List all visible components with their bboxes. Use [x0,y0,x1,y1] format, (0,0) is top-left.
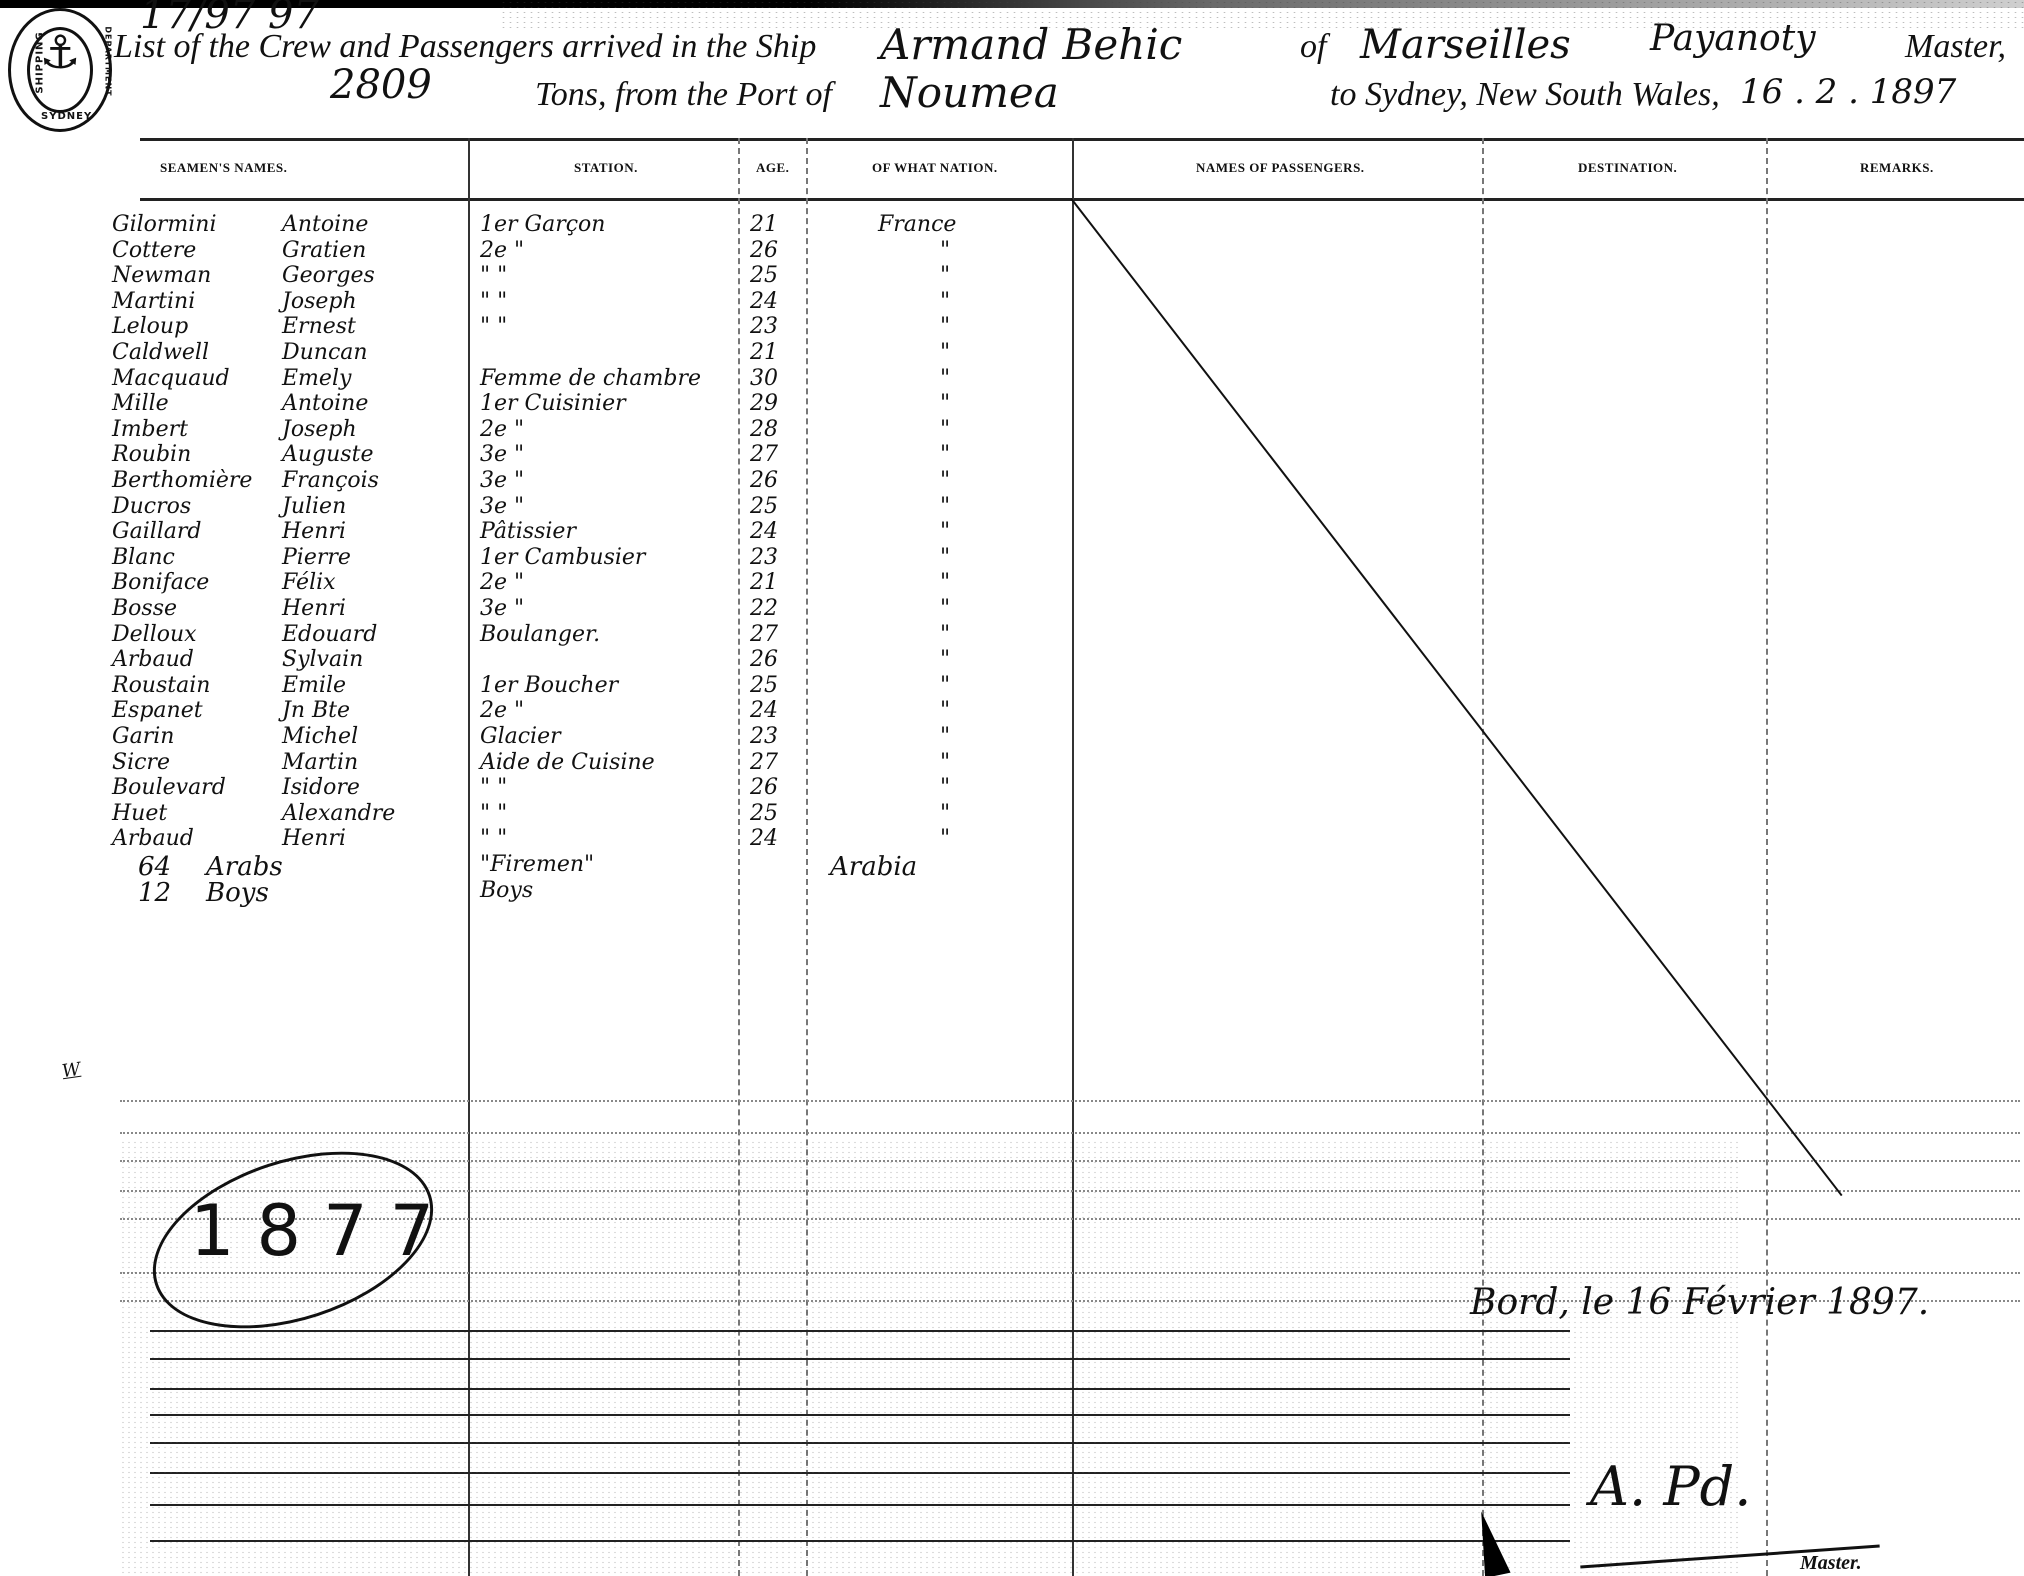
crew-nation: " [940,750,950,775]
tonnage: 2809 [330,62,432,108]
crew-age: 24 [750,698,778,723]
crew-surname: Delloux [112,622,197,647]
crew-row: SicreMartinAide de Cuisine27" [0,750,1100,776]
crew-given-name: Boys [206,878,269,908]
crew-age: 22 [750,596,778,621]
crew-age: 25 [750,673,778,698]
crew-surname: Boniface [112,570,209,595]
crew-surname: Roubin [112,442,191,467]
crew-surname: Macquaud [112,366,230,391]
crew-surname: Roustain [112,673,210,698]
crew-station: 1er Cambusier [480,545,645,570]
header-line2-tons: Tons, from the Port of [535,76,832,114]
crew-given-name: Michel [282,724,358,749]
crew-age: 25 [750,801,778,826]
crew-surname: Arbaud [112,647,194,672]
crew-row: ArbaudHenri" "24" [0,826,1100,852]
crew-nation: " [940,340,950,365]
crew-station: 3e " [480,468,524,493]
crew-station: " " [480,801,507,826]
crew-surname: Sicre [112,750,170,775]
crew-nation: " [940,442,950,467]
column-header-seamen-names: Seamen's Names. [160,160,287,176]
crew-nation: " [940,775,950,800]
place-and-date: Bord, le 16 Février 1897. [1470,1282,1929,1323]
crew-age: 24 [750,519,778,544]
crew-given-name: Alexandre [282,801,395,826]
crew-age: 25 [750,494,778,519]
crew-age: 27 [750,442,778,467]
crew-nation: " [940,417,950,442]
crew-row: 64Arabs"Firemen"Arabia [0,852,1100,878]
crew-surname: Gilormini [112,212,217,237]
table-header-rule [140,198,2024,201]
crew-nation: " [940,545,950,570]
crew-station: 3e " [480,494,524,519]
crew-row: CaldwellDuncan21" [0,340,1100,366]
crew-nation: " [940,596,950,621]
crew-row: BoulevardIsidore" "26" [0,775,1100,801]
crew-given-name: Joseph [282,417,357,442]
crew-row: HuetAlexandre" "25" [0,801,1100,827]
crew-given-name: François [282,468,379,493]
crew-station: 3e " [480,442,524,467]
ruled-line [120,1100,2020,1102]
crew-age: 21 [750,570,778,595]
crew-surname: Newman [112,263,211,288]
crew-row: EspanetJn Bte2e "24" [0,698,1100,724]
ship-name: Armand Behic [880,20,1182,69]
crew-given-name: Antoine [282,391,368,416]
header-line1-prefix: List of the Crew and Passengers arrived … [114,28,816,66]
crew-age: 21 [750,212,778,237]
crew-station: 1er Boucher [480,673,618,698]
crew-station: 2e " [480,570,524,595]
crew-age: 28 [750,417,778,442]
crew-station: Boys [480,878,533,903]
shipping-department-stamp: ⚓ SHIPPING DEPARTMENT SYDNEY [8,8,112,132]
crew-nation: " [940,647,950,672]
crew-given-name: Martin [282,750,358,775]
crew-given-name: Joseph [282,289,357,314]
master-label: Master. [1800,1552,1862,1575]
crew-surname: Espanet [112,698,203,723]
crew-nation: " [940,622,950,647]
crew-row: MilleAntoine1er Cuisinier29" [0,391,1100,417]
crew-surname: Leloup [112,314,188,339]
crew-given-name: Pierre [282,545,351,570]
column-divider-remarks [1766,138,1768,1576]
crew-row: BosseHenri3e "22" [0,596,1100,622]
crew-nation: " [940,698,950,723]
passenger-section-strike-line [1070,198,1842,1196]
crew-row: 12BoysBoys [0,878,1100,904]
crew-age: 21 [750,340,778,365]
crew-row: MacquaudEmelyFemme de chambre30" [0,366,1100,392]
crew-age: 26 [750,468,778,493]
crew-nation: " [940,289,950,314]
header-line1-suffix: Master, [1905,28,2006,66]
crew-nation: " [940,494,950,519]
crew-age: 26 [750,238,778,263]
from-port: Noumea [880,68,1059,117]
crew-station: Aide de Cuisine [480,750,655,775]
crew-nation: " [940,673,950,698]
crew-station: 2e " [480,417,524,442]
crew-row: BonifaceFélix2e "21" [0,570,1100,596]
crew-nation: " [940,314,950,339]
crew-station: " " [480,775,507,800]
crew-station: "Firemen" [480,852,594,877]
crew-station: 2e " [480,698,524,723]
crew-station: Boulanger. [480,622,600,647]
crew-row: MartiniJoseph" "24" [0,289,1100,315]
circled-number: 1877 [190,1190,456,1272]
crew-given-name: Antoine [282,212,368,237]
crew-given-name: Auguste [282,442,373,467]
crew-given-name: Sylvain [282,647,363,672]
crew-age: 24 [750,826,778,851]
column-header-age: Age. [756,160,789,176]
crew-row: NewmanGeorges" "25" [0,263,1100,289]
crew-row: ArbaudSylvain26" [0,647,1100,673]
crew-row: BlancPierre1er Cambusier23" [0,545,1100,571]
stamp-text-left: SHIPPING [35,31,46,93]
column-header-passenger-names: Names of Passengers. [1196,160,1365,176]
crew-given-name: Henri [282,596,346,621]
home-port: Marseilles [1360,22,1571,68]
crew-row: GaillardHenriPâtissier24" [0,519,1100,545]
crew-given-name: Emile [282,673,346,698]
crew-age: 24 [750,289,778,314]
crew-given-name: Duncan [282,340,368,365]
crew-nation: " [940,366,950,391]
crew-given-name: Henri [282,826,346,851]
crew-station: Glacier [480,724,561,749]
crew-nation: " [940,570,950,595]
ruled-line [120,1132,2020,1134]
crew-given-name: Gratien [282,238,366,263]
crew-nation: " [940,724,950,749]
table-top-rule [140,138,2024,141]
crew-nation: " [940,391,950,416]
crew-surname: Caldwell [112,340,209,365]
crew-given-name: Edouard [282,622,377,647]
column-header-destination: Destination. [1578,160,1677,176]
crew-station: 1er Cuisinier [480,391,626,416]
crew-row: DellouxEdouardBoulanger.27" [0,622,1100,648]
master-signature: A. Pd. [1590,1455,1751,1518]
stamp-text-bottom: SYDNEY [41,111,92,122]
crew-station: " " [480,263,507,288]
crew-surname: Mille [112,391,169,416]
crew-given-name: Henri [282,519,346,544]
arrival-date: 16 . 2 . 1897 [1740,72,1956,112]
crew-row: RoustainEmile1er Boucher25" [0,673,1100,699]
crew-age: 23 [750,545,778,570]
crew-row: BerthomièreFrançois3e "26" [0,468,1100,494]
column-header-station: Station. [574,160,638,176]
master-name: Payanoty [1650,18,1816,59]
crew-given-name: Ernest [282,314,356,339]
margin-mark: W [61,1059,82,1082]
crew-age: 30 [750,366,778,391]
crew-row: GarinMichelGlacier23" [0,724,1100,750]
header-line2-destination: to Sydney, New South Wales, [1330,76,1720,114]
crew-surname: Arbaud [112,826,194,851]
crew-nation: " [940,519,950,544]
crew-surname: Boulevard [112,775,226,800]
crew-nation: " [940,801,950,826]
crew-row: ImbertJoseph2e "28" [0,417,1100,443]
crew-given-name: Félix [282,570,336,595]
crew-surname: Ducros [112,494,191,519]
crew-age: 29 [750,391,778,416]
crew-station: " " [480,826,507,851]
anchor-icon: ⚓ [11,29,109,75]
crew-age: 23 [750,724,778,749]
crew-given-name: Georges [282,263,375,288]
crew-surname: Gaillard [112,519,202,544]
crew-age: 26 [750,647,778,672]
crew-surname: Imbert [112,417,188,442]
crew-surname: 12 [138,878,171,908]
crew-station: Femme de chambre [480,366,701,391]
crew-age: 27 [750,750,778,775]
crew-nation: " [940,238,950,263]
crew-row: GilorminiAntoine1er Garçon21France [0,212,1100,238]
crew-surname: Berthomière [112,468,252,493]
stamp-text-right: DEPARTMENT [104,26,113,96]
crew-row: LeloupErnest" "23" [0,314,1100,340]
crew-surname: Bosse [112,596,177,621]
crew-age: 25 [750,263,778,288]
crew-given-name: Julien [282,494,346,519]
crew-station: Pâtissier [480,519,576,544]
crew-nation: " [940,263,950,288]
crew-surname: Garin [112,724,174,749]
crew-surname: Martini [112,289,195,314]
column-header-remarks: Remarks. [1860,160,1934,176]
crew-station: " " [480,289,507,314]
crew-given-name: Jn Bte [282,698,350,723]
crew-surname: Blanc [112,545,175,570]
crew-given-name: Isidore [282,775,360,800]
crew-given-name: Emely [282,366,351,391]
crew-row: DucrosJulien3e "25" [0,494,1100,520]
crew-station: 2e " [480,238,524,263]
crew-station: 3e " [480,596,524,621]
header-line1-of: of [1300,28,1326,66]
crew-age: 27 [750,622,778,647]
crew-age: 26 [750,775,778,800]
crew-surname: Cottere [112,238,196,263]
crew-row: CottereGratien2e "26" [0,238,1100,264]
crew-nation: " [940,468,950,493]
column-header-nation: Of what Nation. [872,160,998,176]
crew-age: 23 [750,314,778,339]
crew-nation: France [878,212,956,237]
crew-row: RoubinAuguste3e "27" [0,442,1100,468]
crew-station: 1er Garçon [480,212,605,237]
crew-station: " " [480,314,507,339]
crew-nation: " [940,826,950,851]
crew-surname: Huet [112,801,167,826]
